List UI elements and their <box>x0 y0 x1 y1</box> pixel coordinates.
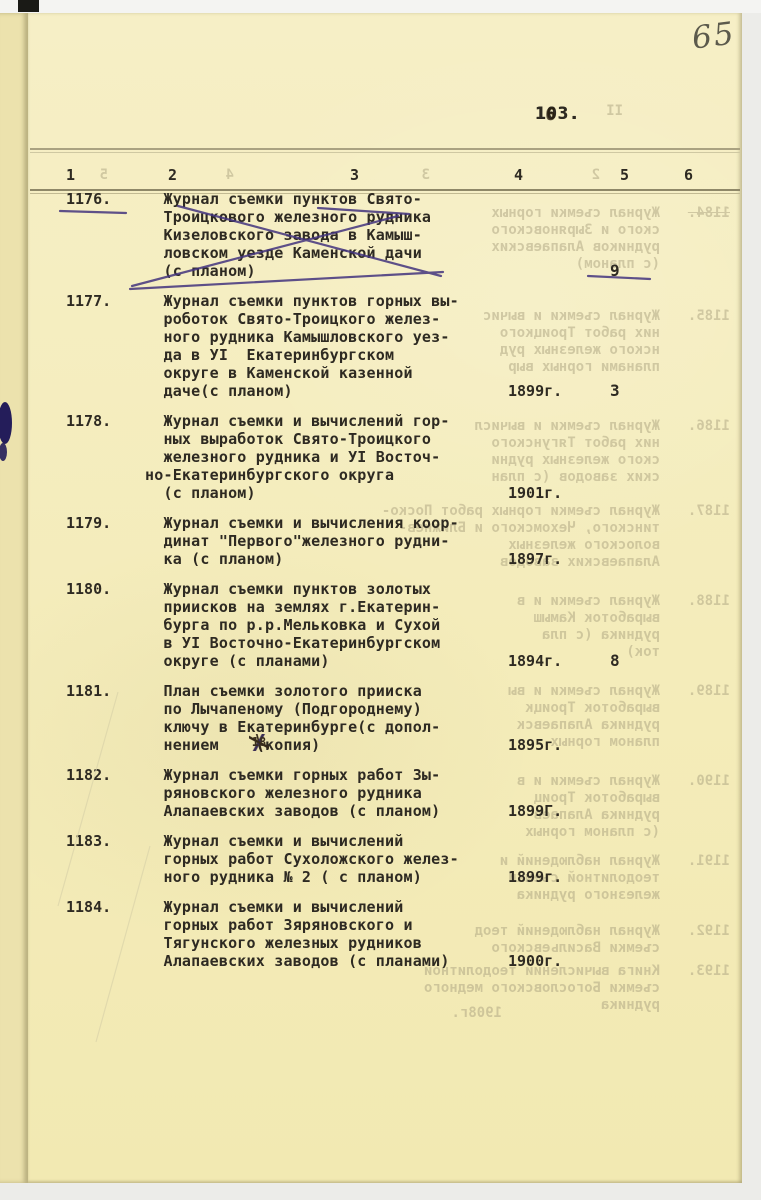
entry-count: 3 <box>610 381 620 400</box>
table-rule-top-shadow <box>30 152 740 153</box>
entry-description: Журнал съемки и вычислений горных работ … <box>145 832 728 886</box>
inked-over-text: 18 <box>249 734 269 751</box>
entry-year: 1901г. <box>508 484 562 502</box>
entry-row: 1181. План съемки золотого прииска по Лы… <box>38 682 728 754</box>
column-header-row: 123456 <box>0 166 761 188</box>
entry-year: 1900г. <box>508 952 562 970</box>
entry-year: 1894г. <box>508 652 562 670</box>
underlying-page-edge <box>0 13 30 1183</box>
scanner-background-top <box>0 0 761 13</box>
column-header-5: 5 <box>620 166 629 184</box>
inventory-entries: 1176. Журнал съемки пунктов Свято- Троиц… <box>38 190 728 982</box>
entry-row: 1177. Журнал съемки пунктов горных вы- р… <box>38 292 728 400</box>
entry-count: 9 <box>610 261 620 280</box>
entry-row: 1184. Журнал съемки и вычислений горных … <box>38 898 728 970</box>
entry-number: 1176. <box>66 190 111 208</box>
entry-year: 1895г. <box>508 736 562 754</box>
table-rule-top <box>30 148 740 150</box>
entry-row: 1182. Журнал съемки горных работ Зы- рян… <box>38 766 728 820</box>
entry-number: 1184. <box>66 898 111 916</box>
entry-number: 1178. <box>66 412 111 430</box>
scanned-archive-page: Журнал съемки горных ского и Зыряновског… <box>0 0 761 1200</box>
column-header-3: 3 <box>350 166 359 184</box>
entry-number: 1177. <box>66 292 111 310</box>
entry-row: 1176. Журнал съемки пунктов Свято- Троиц… <box>38 190 728 280</box>
entry-description: Журнал съемки пунктов Свято- Троицкового… <box>145 190 728 280</box>
entry-year: 1899г. <box>508 382 562 400</box>
entry-number: 1182. <box>66 766 111 784</box>
column-header-4: 4 <box>514 166 523 184</box>
entry-row: 1179. Журнал съемки и вычисления коор- д… <box>38 514 728 568</box>
entry-description: План съемки золотого прииска по Лычапено… <box>145 682 728 754</box>
entry-year: 1897г. <box>508 550 562 568</box>
entry-row: 1183. Журнал съемки и вычислений горных … <box>38 832 728 886</box>
entry-count: 8 <box>610 651 620 670</box>
entry-row: 1180. Журнал съемки пунктов золотых прии… <box>38 580 728 670</box>
entry-description: Журнал съемки пунктов горных вы- роботок… <box>145 292 728 400</box>
entry-description: Журнал съемки и вычислений горных работ … <box>145 898 728 970</box>
entry-number: 1183. <box>66 832 111 850</box>
page-number-text: 103. <box>535 104 580 124</box>
entry-description: Журнал съемки пунктов золотых приисков н… <box>145 580 728 670</box>
entry-number: 1181. <box>66 682 111 700</box>
entry-description: Журнал съемки и вычисления коор- динат "… <box>145 514 728 568</box>
column-header-1: 1 <box>66 166 75 184</box>
entry-number: 1179. <box>66 514 111 532</box>
entry-year: 1899Г. <box>508 802 562 820</box>
typed-page-number: 6 103. <box>535 104 580 124</box>
entry-description: Журнал съемки и вычислений гор- ных выра… <box>145 412 728 502</box>
handwritten-page-number: 65 <box>690 15 738 56</box>
scan-edge-artifact <box>18 0 39 12</box>
entry-year: 1899г. <box>508 868 562 886</box>
entry-row: 1178. Журнал съемки и вычислений гор- ны… <box>38 412 728 502</box>
entry-number: 1180. <box>66 580 111 598</box>
column-header-6: 6 <box>684 166 693 184</box>
entry-description: Журнал съемки горных работ Зы- ряновског… <box>145 766 728 820</box>
page-number-overtype: 6 <box>544 105 556 126</box>
column-header-2: 2 <box>168 166 177 184</box>
